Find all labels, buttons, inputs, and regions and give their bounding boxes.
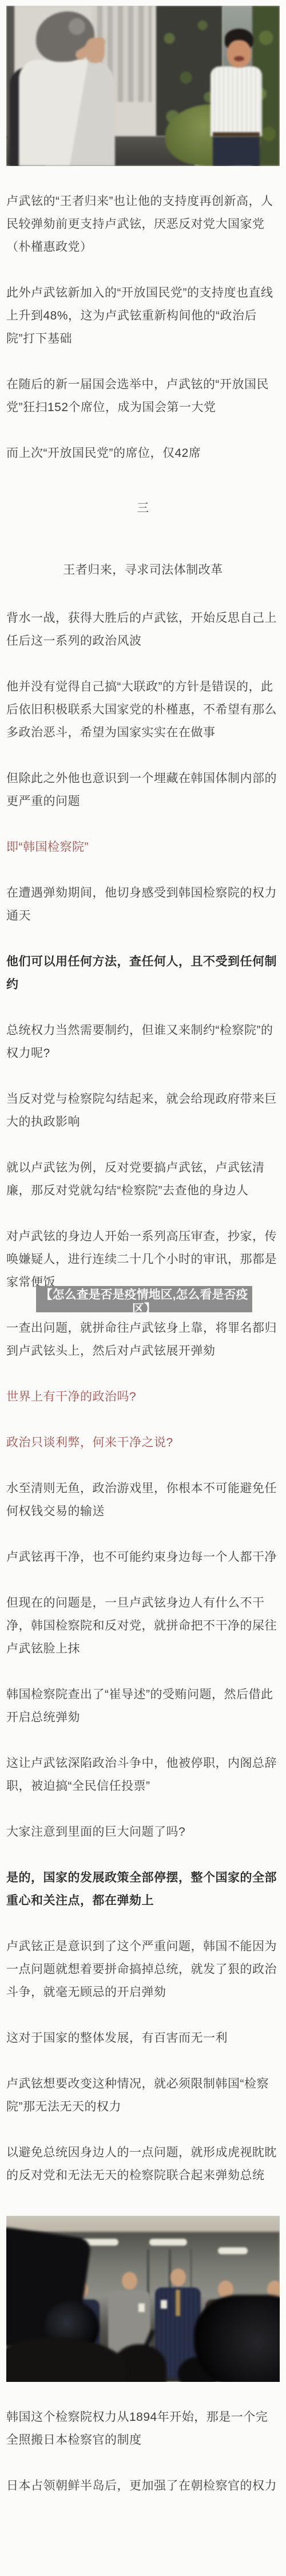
photo-ceiling-light bbox=[149, 2239, 187, 2246]
paragraph: 卢武铉正是意识到了这个严重问题，韩国不能因为一点问题就想着要拼命搞掉总统，就发了… bbox=[6, 1935, 280, 2004]
paragraph: 水至清则无鱼，政治游戏里，你根本不可能避免任何权钱交易的输送 bbox=[6, 1477, 280, 1523]
paragraph: 卢武铉想要改变这种情况，就必须限制韩国“检察院”那无法无天的权力 bbox=[6, 2073, 280, 2119]
photo-camera-silhouette-right bbox=[194, 2295, 280, 2382]
paragraph: 日本占领朝鲜半岛后，更加强了在朝检察官的权力 bbox=[6, 2475, 280, 2498]
article-body: 卢武铉的“王者归来”也让他的支持度再创新高，人民较弹劾前更支持卢武铉，厌恶反对党… bbox=[0, 6, 286, 2498]
paragraph: 卢武铉再干净，也不可能约束身边每一个人都干净 bbox=[6, 1546, 280, 1569]
paragraph: 就以卢武铉为例，反对党要搞卢武铉，卢武铉清廉，那反对党就勾结“检察院”去查他的身… bbox=[6, 1157, 280, 1202]
paragraph: 对卢武铉的身边人开始一系列高压审查，抄家，传唤嫌疑人，进行连续二十几个小时的审讯… bbox=[6, 1225, 280, 1294]
paragraph: 而上次“开放国民党”的席位，仅42席 bbox=[6, 442, 280, 465]
photo-man2-laughing-mouth bbox=[234, 56, 244, 61]
photo-man1-shirt bbox=[19, 60, 115, 166]
highlight-red-text: 世界上有干净的政治吗? bbox=[6, 1386, 280, 1409]
paragraph: 这让卢武铉深陷政治斗争中，他被停职，内阁总辞职，被迫搞“全民信任投票” bbox=[6, 1752, 280, 1798]
photo-man2-face bbox=[227, 40, 251, 68]
paragraph: 但除此之外他也意识到一个埋藏在韩国体制内部的更严重的问题 bbox=[6, 767, 280, 813]
floating-ad-banner-text: 【怎么查是否是疫情地区,怎么看是否疫区】 bbox=[36, 1288, 252, 1316]
paragraph: 但现在的问题是，一旦卢武铉身边人有什么不干净，韩国检察院和反对党，就拼命把不干净… bbox=[6, 1592, 280, 1660]
paragraph: 大家注意到里面的巨大问题了吗? bbox=[6, 1821, 280, 1844]
photo-man2-striped-shirt bbox=[210, 66, 262, 136]
paragraph: 在随后的新一届国会选举中，卢武铉的“开放国民党”狂扫152个席位，成为国会第一大… bbox=[6, 373, 280, 419]
photo-id-badge bbox=[138, 2303, 145, 2312]
paragraph: 总统权力当然需要制约，但谁又来制约“检察院”的权力呢? bbox=[6, 1019, 280, 1065]
bold-paragraph: 他们可以用任何方法，查任何人，且不受到任何制约 bbox=[6, 950, 280, 996]
floating-ad-banner[interactable]: 【怎么查是否是疫情地区,怎么看是否疫区】 bbox=[36, 1286, 252, 1312]
photo-man2-belt bbox=[213, 132, 260, 137]
photo-id-badge bbox=[161, 2300, 167, 2309]
paragraph: 以避免总统因身边人的一点问题，就形成虎视眈眈的反对党和无法无天的检察院联合起来弹… bbox=[6, 2141, 280, 2187]
paragraph: 当反对党与检察院勾结起来，就会给现政府带来巨大的执政影响 bbox=[6, 1088, 280, 1134]
paragraph: 卢武铉的“王者归来”也让他的支持度再创新高，人民较弹劾前更支持卢武铉，厌恶反对党… bbox=[6, 190, 280, 259]
photo-ceiling-light bbox=[218, 2247, 248, 2254]
highlight-red-text: 政治只谈利弊，何来干净之说? bbox=[6, 1431, 280, 1454]
bold-paragraph: 是的，国家的发展政策全部停摆，整个国家的全部重心和关注点，都在弹劾上 bbox=[6, 1867, 280, 1912]
paragraph: 韩国这个检察院权力从1894年开始，那是一个完全照搬日本检察官的制度 bbox=[6, 2406, 280, 2452]
photo-prosecutors-press bbox=[6, 2216, 280, 2382]
photo-man-head bbox=[122, 2272, 137, 2290]
banner-anchor: 【怎么查是否是疫情地区,怎么看是否疫区】 一查出问题，就拼命往卢武铉身上靠，将罪… bbox=[6, 1317, 280, 1363]
photo-man-head bbox=[170, 2269, 186, 2286]
photo-roh-moon-garden bbox=[6, 6, 280, 166]
photo-man-tie bbox=[176, 2290, 180, 2316]
highlight-red-text: 即“韩国检察院” bbox=[6, 836, 280, 859]
photo-man2-trousers bbox=[213, 137, 260, 166]
paragraph: 这对于国家的整体发展，有百害而无一利 bbox=[6, 2027, 280, 2050]
paragraph: 韩国检察院查出了“崔导述”的受贿问题，然后借此开启总统弹劾 bbox=[6, 1683, 280, 1729]
paragraph: 背水一战，获得大胜后的卢武铉，开始反思自己上任后这一系列的政治风波 bbox=[6, 607, 280, 653]
paragraph: 此外卢武铉新加入的“开放国民党”的支持度也直线上升到48%，这为卢武铉重新构间他… bbox=[6, 282, 280, 350]
paragraph: 在遭遇弹劾期间，他切身感受到韩国检察院的权力通天 bbox=[6, 882, 280, 928]
paragraph: 一查出问题，就拼命往卢武铉身上靠，将罪名都归到卢武铉头上，然后对卢武铉展开弹劾 bbox=[6, 1317, 280, 1363]
section-number: 三 bbox=[6, 497, 280, 520]
section-title: 王者归来，寻求司法体制改革 bbox=[6, 559, 280, 582]
paragraph: 他并没有觉得自己搞“大联政”的方针是错误的，此后依旧积极联系大国家党的朴槿惠，不… bbox=[6, 676, 280, 744]
